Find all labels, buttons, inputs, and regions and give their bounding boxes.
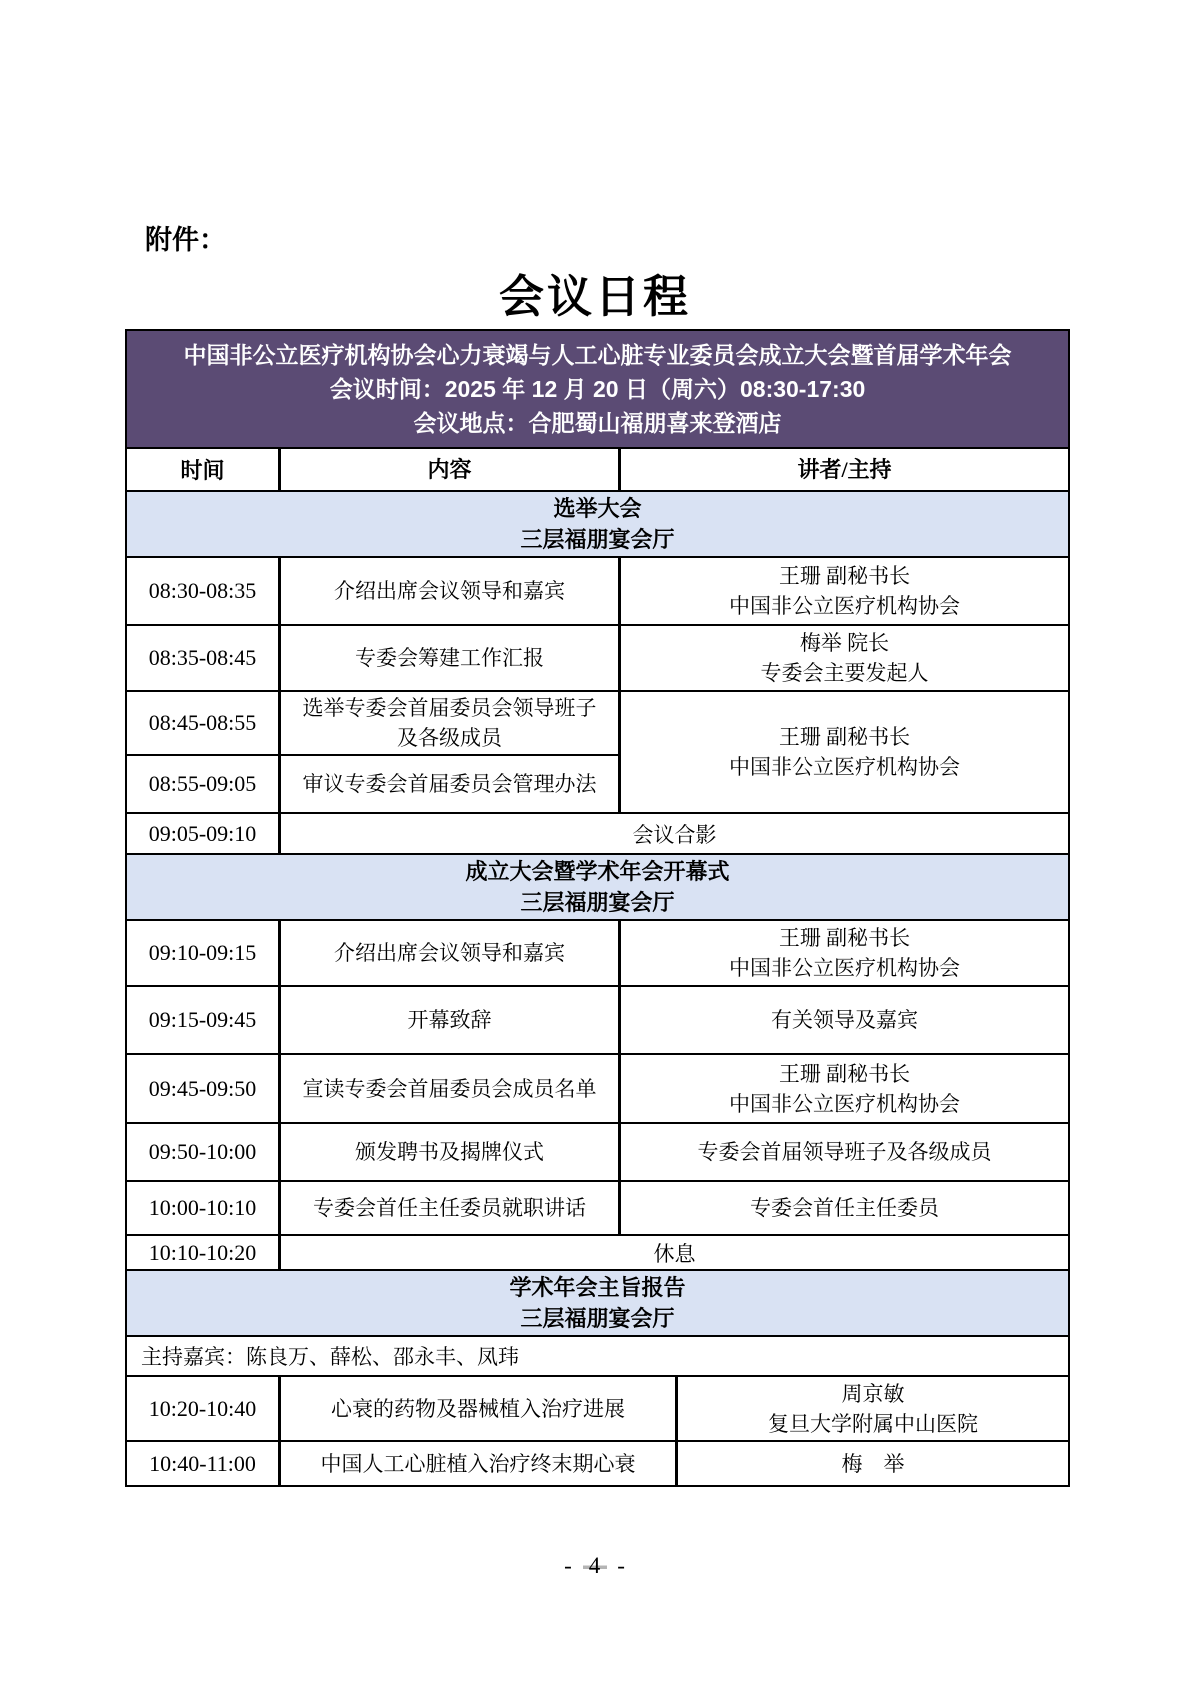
content-cell: 专委会首任主任委员就职讲话: [278, 1182, 618, 1234]
speaker-cell: 周京敏 复旦大学附属中山医院: [675, 1377, 1068, 1440]
speaker-name: 王珊 副秘书长: [779, 722, 910, 752]
banner-meeting-venue: 会议地点：合肥蜀山福朋喜来登酒店: [127, 406, 1068, 440]
speaker-cell: 梅 举: [675, 1442, 1068, 1485]
schedule-row: 09:50-10:00 颁发聘书及揭牌仪式 专委会首届领导班子及各级成员: [127, 1124, 1068, 1182]
section-venue: 三层福朋宴会厅: [127, 887, 1068, 918]
header-cell-speaker: 讲者/主持: [618, 449, 1068, 490]
section-title: 成立大会暨学术年会开幕式: [127, 856, 1068, 887]
conference-banner: 中国非公立医疗机构协会心力衰竭与人工心脏专业委员会成立大会暨首届学术年会 会议时…: [127, 331, 1068, 449]
content-cell: 宣读专委会首届委员会成员名单: [278, 1055, 618, 1122]
schedule-table: 中国非公立医疗机构协会心力衰竭与人工心脏专业委员会成立大会暨首届学术年会 会议时…: [125, 329, 1070, 1487]
schedule-row: 09:15-09:45 开幕致辞 有关领导及嘉宾: [127, 987, 1068, 1055]
speaker-name: 王珊 副秘书长: [779, 923, 910, 953]
speaker-name: 周京敏: [842, 1379, 905, 1409]
time-cell: 09:45-09:50: [127, 1055, 278, 1122]
header-cell-content: 内容: [278, 449, 618, 490]
schedule-row: 08:45-08:55 选举专委会首届委员会领导班子 及各级成员: [127, 692, 618, 756]
speaker-cell-merged: 王珊 副秘书长 中国非公立医疗机构协会: [618, 692, 1068, 812]
time-cell: 09:05-09:10: [127, 814, 278, 853]
schedule-row: 08:35-08:45 专委会筹建工作汇报 梅举 院长 专委会主要发起人: [127, 626, 1068, 692]
section-header-election: 选举大会 三层福朋宴会厅: [127, 492, 1068, 558]
attachment-label: 附件：: [145, 218, 226, 257]
time-cell: 10:40-11:00: [127, 1442, 278, 1485]
content-cell: 介绍出席会议领导和嘉宾: [278, 921, 618, 985]
speaker-cell: 王珊 副秘书长 中国非公立医疗机构协会: [618, 1055, 1068, 1122]
speaker-name: 王珊 副秘书长: [779, 561, 910, 591]
time-cell: 10:00-10:10: [127, 1182, 278, 1234]
section-venue: 三层福朋宴会厅: [127, 1303, 1068, 1334]
header-cell-time: 时间: [127, 449, 278, 490]
section-header-opening: 成立大会暨学术年会开幕式 三层福朋宴会厅: [127, 855, 1068, 921]
schedule-row: 08:30-08:35 介绍出席会议领导和嘉宾 王珊 副秘书长 中国非公立医疗机…: [127, 558, 1068, 626]
speaker-cell: 王珊 副秘书长 中国非公立医疗机构协会: [618, 558, 1068, 624]
time-cell: 10:20-10:40: [127, 1377, 278, 1440]
speaker-cell: 王珊 副秘书长 中国非公立医疗机构协会: [618, 921, 1068, 985]
schedule-row-merged: 10:10-10:20 休息: [127, 1236, 1068, 1271]
time-cell: 08:45-08:55: [127, 692, 278, 754]
time-cell: 08:55-09:05: [127, 756, 278, 812]
speaker-org: 复旦大学附属中山医院: [768, 1409, 978, 1439]
schedule-row: 09:10-09:15 介绍出席会议领导和嘉宾 王珊 副秘书长 中国非公立医疗机…: [127, 921, 1068, 987]
schedule-row: 08:55-09:05 审议专委会首届委员会管理办法: [127, 756, 618, 812]
page-number-dash-right: -: [617, 1553, 626, 1579]
speaker-cell: 有关领导及嘉宾: [618, 987, 1068, 1053]
banner-conference-name: 中国非公立医疗机构协会心力衰竭与人工心脏专业委员会成立大会暨首届学术年会: [127, 338, 1068, 372]
time-cell: 08:35-08:45: [127, 626, 278, 690]
speaker-name: 专委会首任主任委员: [750, 1193, 939, 1223]
speaker-name: 专委会首届领导班子及各级成员: [698, 1137, 992, 1167]
schedule-row-merged: 09:05-09:10 会议合影: [127, 814, 1068, 855]
time-cell: 08:30-08:35: [127, 558, 278, 624]
time-cell: 09:10-09:15: [127, 921, 278, 985]
speaker-name: 有关领导及嘉宾: [771, 1005, 918, 1035]
content-line: 及各级成员: [397, 723, 502, 753]
column-header-row: 时间 内容 讲者/主持: [127, 449, 1068, 492]
speaker-org: 中国非公立医疗机构协会: [729, 1089, 960, 1119]
speaker-cell: 专委会首届领导班子及各级成员: [618, 1124, 1068, 1180]
section-title: 学术年会主旨报告: [127, 1272, 1068, 1303]
content-cell: 审议专委会首届委员会管理办法: [278, 756, 618, 812]
page-number: -4-: [0, 1553, 1190, 1579]
merged-content-cell: 会议合影: [278, 814, 1068, 853]
content-line: 选举专委会首届委员会领导班子: [303, 693, 597, 723]
speaker-cell: 专委会首任主任委员: [618, 1182, 1068, 1234]
schedule-rowspan-group: 08:45-08:55 选举专委会首届委员会领导班子 及各级成员 08:55-0…: [127, 692, 1068, 814]
schedule-row: 10:40-11:00 中国人工心脏植入治疗终末期心衰 梅 举: [127, 1442, 1068, 1485]
document-page: 附件： 会议日程 中国非公立医疗机构协会心力衰竭与人工心脏专业委员会成立大会暨首…: [0, 0, 1190, 1684]
speaker-name: 梅举 院长: [800, 628, 889, 658]
section-venue: 三层福朋宴会厅: [127, 524, 1068, 555]
page-number-value: 4: [583, 1553, 608, 1579]
section-header-keynote: 学术年会主旨报告 三层福朋宴会厅: [127, 1271, 1068, 1337]
speaker-name: 梅 举: [842, 1449, 905, 1479]
speaker-org: 中国非公立医疗机构协会: [729, 752, 960, 782]
time-cell: 10:10-10:20: [127, 1236, 278, 1269]
page-number-dash-left: -: [564, 1553, 573, 1579]
content-cell: 选举专委会首届委员会领导班子 及各级成员: [278, 692, 618, 754]
time-cell: 09:15-09:45: [127, 987, 278, 1053]
speaker-cell: 梅举 院长 专委会主要发起人: [618, 626, 1068, 690]
rowspan-left-stack: 08:45-08:55 选举专委会首届委员会领导班子 及各级成员 08:55-0…: [127, 692, 618, 812]
document-title: 会议日程: [0, 260, 1190, 325]
host-row: 主持嘉宾：陈良万、薛松、邵永丰、凤玮: [127, 1337, 1068, 1377]
speaker-name: 王珊 副秘书长: [779, 1059, 910, 1089]
content-cell: 专委会筹建工作汇报: [278, 626, 618, 690]
schedule-row: 09:45-09:50 宣读专委会首届委员会成员名单 王珊 副秘书长 中国非公立…: [127, 1055, 1068, 1124]
content-cell: 心衰的药物及器械植入治疗进展: [278, 1377, 675, 1440]
content-cell: 开幕致辞: [278, 987, 618, 1053]
content-cell: 介绍出席会议领导和嘉宾: [278, 558, 618, 624]
speaker-org: 中国非公立医疗机构协会: [729, 953, 960, 983]
content-cell: 颁发聘书及揭牌仪式: [278, 1124, 618, 1180]
speaker-org: 专委会主要发起人: [761, 658, 929, 688]
schedule-row: 10:20-10:40 心衰的药物及器械植入治疗进展 周京敏 复旦大学附属中山医…: [127, 1377, 1068, 1442]
speaker-org: 中国非公立医疗机构协会: [729, 591, 960, 621]
content-cell: 中国人工心脏植入治疗终末期心衰: [278, 1442, 675, 1485]
section-title: 选举大会: [127, 493, 1068, 524]
schedule-row: 10:00-10:10 专委会首任主任委员就职讲话 专委会首任主任委员: [127, 1182, 1068, 1236]
banner-meeting-time: 会议时间：2025 年 12 月 20 日（周六）08:30-17:30: [127, 372, 1068, 406]
time-cell: 09:50-10:00: [127, 1124, 278, 1180]
merged-content-cell: 休息: [278, 1236, 1068, 1269]
